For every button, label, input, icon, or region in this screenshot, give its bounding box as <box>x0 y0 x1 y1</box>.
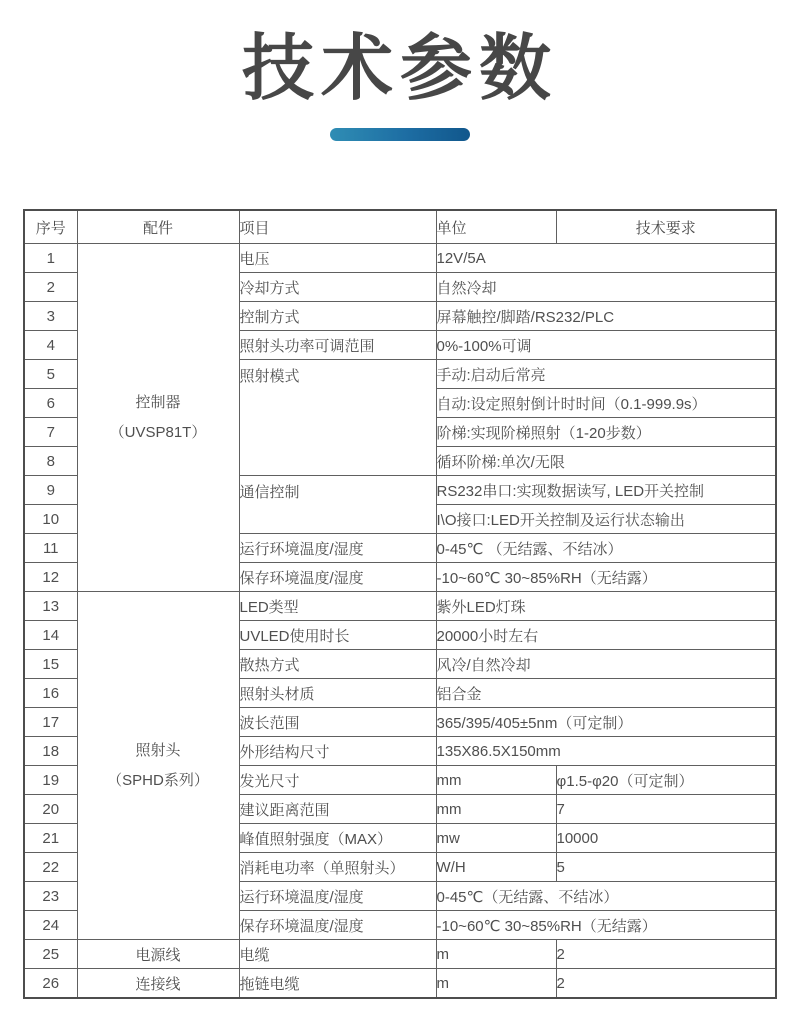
table-row: 13 照射头 （SPHD系列） LED类型 紫外LED灯珠 <box>24 592 776 621</box>
requirement-value: I\O接口:LED开关控制及运行状态输出 <box>436 505 776 534</box>
row-number: 21 <box>24 824 77 853</box>
row-number: 10 <box>24 505 77 534</box>
item-name: 冷却方式 <box>239 273 436 302</box>
item-name: 拖链电缆 <box>239 969 436 999</box>
row-number: 8 <box>24 447 77 476</box>
table-row: 25 电源线 电缆 m 2 <box>24 940 776 969</box>
row-number: 20 <box>24 795 77 824</box>
row-number: 25 <box>24 940 77 969</box>
requirement-value: 7 <box>556 795 776 824</box>
col-header-requirement: 技术要求 <box>556 210 776 244</box>
spec-page: 技术参数 序号 配件 项目 单位 技术要求 1 控制器 （UVSP81T） 电压 <box>0 0 800 1033</box>
row-number: 19 <box>24 766 77 795</box>
row-number: 22 <box>24 853 77 882</box>
row-number: 15 <box>24 650 77 679</box>
row-number: 26 <box>24 969 77 999</box>
requirement-value: 365/395/405±5nm（可定制） <box>436 708 776 737</box>
item-name: 运行环境温度/湿度 <box>239 882 436 911</box>
part-name-line2: （UVSP81T） <box>78 418 239 448</box>
item-name: 外形结构尺寸 <box>239 737 436 766</box>
unit-value: mm <box>436 795 556 824</box>
part-name-controller: 控制器 （UVSP81T） <box>77 244 239 592</box>
item-name: 控制方式 <box>239 302 436 331</box>
unit-value: m <box>436 969 556 999</box>
table-row: 26 连接线 拖链电缆 m 2 <box>24 969 776 999</box>
unit-value: mw <box>436 824 556 853</box>
row-number: 14 <box>24 621 77 650</box>
item-name: 照射模式 <box>239 360 436 476</box>
row-number: 5 <box>24 360 77 389</box>
table-row: 1 控制器 （UVSP81T） 电压 12V/5A <box>24 244 776 273</box>
requirement-value: 2 <box>556 969 776 999</box>
requirement-value: 2 <box>556 940 776 969</box>
row-number: 17 <box>24 708 77 737</box>
item-name: 峰值照射强度（MAX） <box>239 824 436 853</box>
item-name: 运行环境温度/湿度 <box>239 534 436 563</box>
part-name-line1: 照射头 <box>78 736 239 766</box>
page-title: 技术参数 <box>0 26 800 112</box>
row-number: 4 <box>24 331 77 360</box>
item-name: 散热方式 <box>239 650 436 679</box>
requirement-value: 0-45℃（无结露、不结冰） <box>436 882 776 911</box>
requirement-value: 手动:启动后常亮 <box>436 360 776 389</box>
requirement-value: 0%-100%可调 <box>436 331 776 360</box>
col-header-part: 配件 <box>77 210 239 244</box>
item-name: 消耗电功率（单照射头） <box>239 853 436 882</box>
requirement-value: RS232串口:实现数据读写, LED开关控制 <box>436 476 776 505</box>
row-number: 23 <box>24 882 77 911</box>
part-name-line1: 控制器 <box>78 388 239 418</box>
row-number: 13 <box>24 592 77 621</box>
requirement-value: 风冷/自然冷却 <box>436 650 776 679</box>
requirement-value: 铝合金 <box>436 679 776 708</box>
item-name: 电压 <box>239 244 436 273</box>
header-row: 序号 配件 项目 单位 技术要求 <box>24 210 776 244</box>
row-number: 3 <box>24 302 77 331</box>
row-number: 16 <box>24 679 77 708</box>
item-name: 通信控制 <box>239 476 436 534</box>
item-name: 电缆 <box>239 940 436 969</box>
unit-value: m <box>436 940 556 969</box>
requirement-value: -10~60℃ 30~85%RH（无结露） <box>436 563 776 592</box>
row-number: 18 <box>24 737 77 766</box>
requirement-value: 自然冷却 <box>436 273 776 302</box>
title-accent-bar <box>330 128 470 141</box>
requirement-value: 0-45℃ （无结露、不结冰） <box>436 534 776 563</box>
row-number: 12 <box>24 563 77 592</box>
part-name-power-cord: 电源线 <box>77 940 239 969</box>
col-header-unit: 单位 <box>436 210 556 244</box>
item-name: 保存环境温度/湿度 <box>239 911 436 940</box>
item-name: UVLED使用时长 <box>239 621 436 650</box>
requirement-value: 135X86.5X150mm <box>436 737 776 766</box>
requirement-value: 阶梯:实现阶梯照射（1-20步数） <box>436 418 776 447</box>
item-name: 保存环境温度/湿度 <box>239 563 436 592</box>
item-name: 发光尺寸 <box>239 766 436 795</box>
requirement-value: 10000 <box>556 824 776 853</box>
requirement-value: 12V/5A <box>436 244 776 273</box>
item-name: LED类型 <box>239 592 436 621</box>
item-name: 建议距离范围 <box>239 795 436 824</box>
requirement-value: 20000小时左右 <box>436 621 776 650</box>
item-name: 照射头功率可调范围 <box>239 331 436 360</box>
requirement-value: 5 <box>556 853 776 882</box>
row-number: 11 <box>24 534 77 563</box>
part-name-connect-cord: 连接线 <box>77 969 239 999</box>
item-name: 照射头材质 <box>239 679 436 708</box>
col-header-no: 序号 <box>24 210 77 244</box>
row-number: 24 <box>24 911 77 940</box>
unit-value: W/H <box>436 853 556 882</box>
requirement-value: 紫外LED灯珠 <box>436 592 776 621</box>
row-number: 2 <box>24 273 77 302</box>
row-number: 1 <box>24 244 77 273</box>
row-number: 6 <box>24 389 77 418</box>
requirement-value: -10~60℃ 30~85%RH（无结露） <box>436 911 776 940</box>
unit-value: mm <box>436 766 556 795</box>
item-name: 波长范围 <box>239 708 436 737</box>
requirement-value: φ1.5-φ20（可定制） <box>556 766 776 795</box>
part-name-head: 照射头 （SPHD系列） <box>77 592 239 940</box>
col-header-item: 项目 <box>239 210 436 244</box>
row-number: 7 <box>24 418 77 447</box>
requirement-value: 自动:设定照射倒计时时间（0.1-999.9s） <box>436 389 776 418</box>
requirement-value: 屏幕触控/脚踏/RS232/PLC <box>436 302 776 331</box>
row-number: 9 <box>24 476 77 505</box>
part-name-line2: （SPHD系列） <box>78 766 239 796</box>
requirement-value: 循环阶梯:单次/无限 <box>436 447 776 476</box>
spec-table: 序号 配件 项目 单位 技术要求 1 控制器 （UVSP81T） 电压 12V/… <box>23 209 777 999</box>
